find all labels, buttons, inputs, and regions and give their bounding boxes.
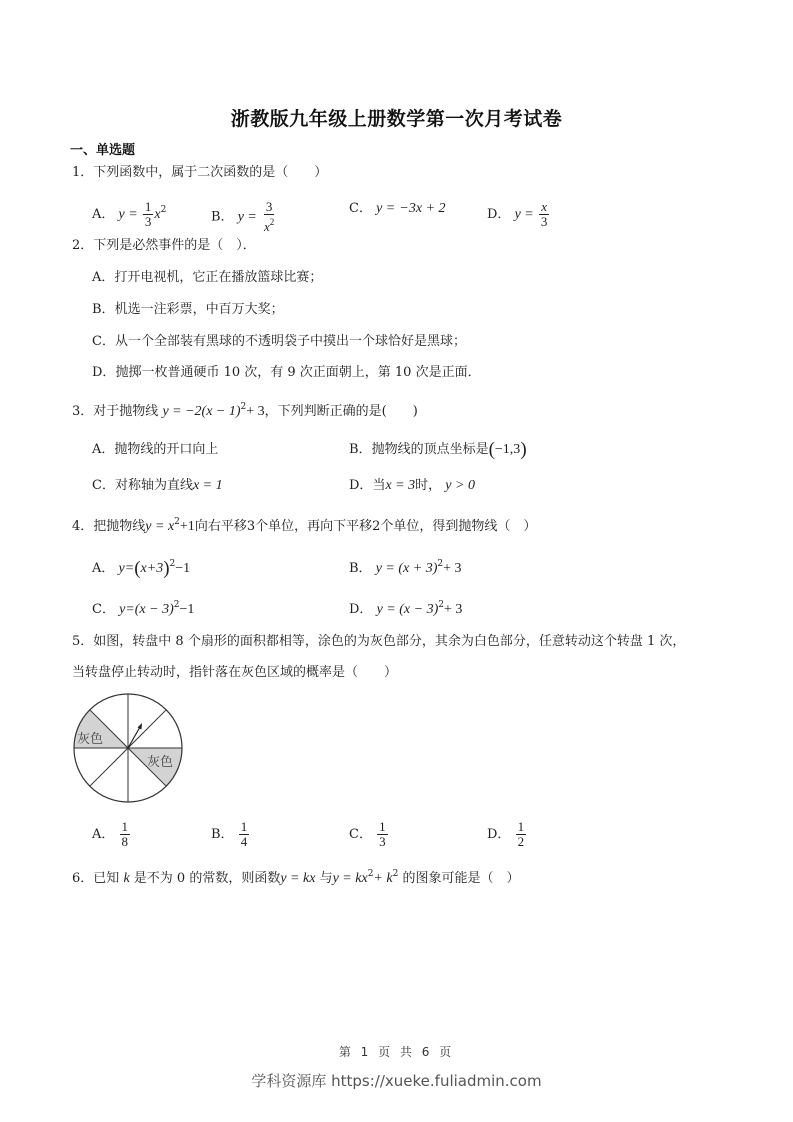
question-stem: 3．对于抛物线 y = −2(x − 1)2+ 3，下列判断正确的是( ) xyxy=(72,398,418,421)
question-stem: 2．下列是必然事件的是（ ）． xyxy=(72,237,256,255)
svg-text:灰色: 灰色 xyxy=(77,732,103,747)
svg-text:灰色: 灰色 xyxy=(147,755,173,770)
fraction: x3 xyxy=(539,200,550,229)
fraction: 13 xyxy=(143,200,154,229)
option-c: C． y = −3x + 2 xyxy=(349,200,446,218)
option-a: A．打开电视机，它正在播放篮球比赛； xyxy=(92,269,322,287)
option-d: D． y = (x − 3)2+ 3 xyxy=(349,596,462,619)
question-stem: 4．把抛物线y = x2+1向右平移3个单位，再向下平移2个单位，得到抛物线（ … xyxy=(72,513,536,536)
spinner-figure: 灰色 灰色 xyxy=(71,691,185,805)
question-stem: 6．已知 k 是不为 0 的常数，则函数y = kx 与y = kx2+ k2 … xyxy=(72,865,519,888)
page-title: 浙教版九年级上册数学第一次月考试卷 xyxy=(0,104,793,131)
option-c: C． y=(x − 3)2−1 xyxy=(92,596,194,619)
option-a: A．抛物线的开口向上 xyxy=(92,441,218,459)
option-b: B． y = (x + 3)2+ 3 xyxy=(349,555,462,578)
question-stem-line-2: 当转盘停止转动时，指针落在灰色区域的概率是（ ） xyxy=(72,664,397,682)
option-b: B． y = 3x2 xyxy=(211,200,277,234)
pointer-arrowhead xyxy=(138,723,143,730)
option-a: A． y = 13x2 xyxy=(92,200,166,229)
option-c: C．从一个全部装有黑球的不透明袋子中摸出一个球恰好是黑球； xyxy=(92,333,466,351)
option-d: D． y = x3 xyxy=(487,200,550,229)
option-c: C．对称轴为直线x = 1 xyxy=(92,477,223,495)
watermark: 学科资源库 https://xueke.fuliadmin.com xyxy=(0,1070,793,1091)
question-stem-line-1: 5．如图，转盘中 8 个扇形的面积都相等，涂色的为灰色部分，其余为白色部分，任意… xyxy=(72,633,685,651)
question-stem: 1．下列函数中，属于二次函数的是（ ） xyxy=(72,164,327,182)
option-b: B．机选一注彩票，中百万大奖； xyxy=(92,301,284,319)
option-b: B． 14 xyxy=(211,820,250,849)
option-c: C． 13 xyxy=(349,820,389,849)
option-b: B．抛物线的顶点坐标是(−1,3) xyxy=(349,441,527,459)
option-a: A． 18 xyxy=(92,820,131,849)
fraction: 3x2 xyxy=(262,200,276,234)
page-indicator: 第 1 页 共 6 页 xyxy=(0,1043,793,1060)
section-heading: 一、单选题 xyxy=(70,139,135,158)
option-d: D． 12 xyxy=(487,820,527,849)
option-a: A． y=(x+3)2−1 xyxy=(92,555,190,578)
option-d: D．当x = 3时， y > 0 xyxy=(349,477,475,495)
option-d: D．抛掷一枚普通硬币 10 次，有 9 次正面朝上，第 10 次是正面． xyxy=(92,364,481,382)
